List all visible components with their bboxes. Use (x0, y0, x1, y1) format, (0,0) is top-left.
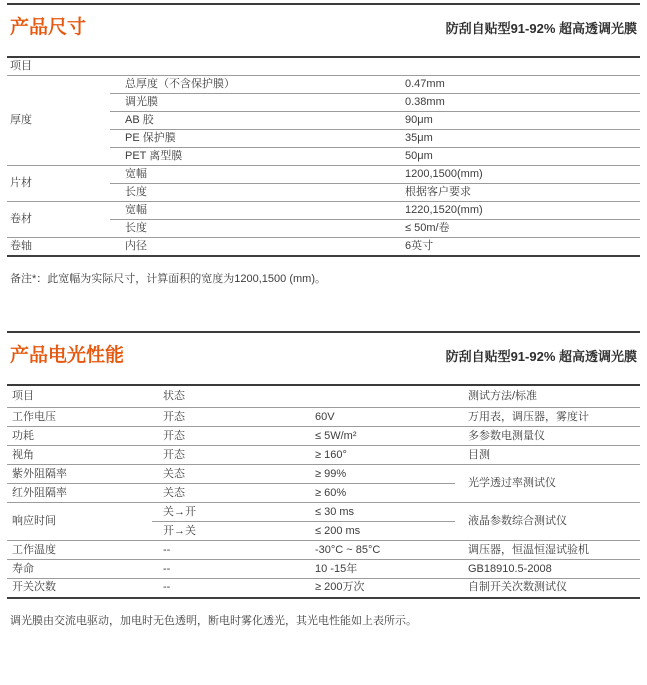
value-cell: ≤ 5W/m² (305, 427, 455, 446)
spec-value-cell: 50μm (395, 148, 640, 166)
category-cell: 卷材 (7, 202, 110, 238)
method-cell: 调压器，恒温恒湿试验机 (455, 541, 640, 560)
table-row: 厚度总厚度（不含保护膜）0.47mm (7, 76, 640, 94)
method-cell: 目测 (455, 446, 640, 465)
section-top-rule (7, 331, 640, 333)
method-cell: 液晶参数综合测试仪 (455, 503, 640, 541)
spec-name-cell: 内径 (110, 238, 395, 256)
state-cell: 开→关 (152, 522, 305, 541)
value-cell: ≥ 99% (305, 465, 455, 484)
table-row: 寿命--10 -15年GB18910.5-2008 (7, 560, 640, 579)
table-row: 开关次数--≥ 200万次自制开关次数测试仪 (7, 579, 640, 598)
table-row: 卷材宽幅1220,1520(mm) (7, 202, 640, 220)
item-cell: 红外阻隔率 (7, 484, 152, 503)
item-cell: 开关次数 (7, 579, 152, 598)
spec-value-cell: 0.47mm (395, 76, 640, 94)
product-dimensions-section: 产品尺寸 防刮自贴型91-92% 超高透调光膜 项目 厚度总厚度（不含保护膜）0… (7, 3, 640, 286)
header-value-column (305, 386, 455, 408)
value-cell: ≥ 60% (305, 484, 455, 503)
table-row: 工作温度---30°C ~ 85°C调压器，恒温恒湿试验机 (7, 541, 640, 560)
state-cell: -- (152, 541, 305, 560)
state-cell: 关→开 (152, 503, 305, 522)
state-cell: 开态 (152, 446, 305, 465)
table-row: 功耗开态≤ 5W/m²多参数电测量仪 (7, 427, 640, 446)
item-cell: 工作温度 (7, 541, 152, 560)
performance-table-body: 工作电压开态60V万用表，调压器，雾度计功耗开态≤ 5W/m²多参数电测量仪视角… (7, 408, 640, 598)
spec-sheet-page: 产品尺寸 防刮自贴型91-92% 超高透调光膜 项目 厚度总厚度（不含保护膜）0… (0, 0, 647, 628)
state-cell: 关态 (152, 465, 305, 484)
section-header: 产品尺寸 防刮自贴型91-92% 超高透调光膜 (10, 17, 637, 40)
table-header-row: 项目 (7, 58, 640, 76)
section-title: 产品尺寸 (10, 17, 86, 40)
method-cell: GB18910.5-2008 (455, 560, 640, 579)
method-cell: 自制开关次数测试仪 (455, 579, 640, 598)
spec-name-cell: 宽幅 (110, 202, 395, 220)
item-cell: 功耗 (7, 427, 152, 446)
header-method-column: 测试方法/标准 (455, 386, 640, 408)
table-row: 卷轴内径6英寸 (7, 238, 640, 256)
item-cell: 视角 (7, 446, 152, 465)
value-cell: ≥ 160° (305, 446, 455, 465)
method-cell: 光学透过率测试仪 (455, 465, 640, 503)
spec-name-cell: 宽幅 (110, 166, 395, 184)
spec-value-cell: 0.38mm (395, 94, 640, 112)
header-item-column: 项目 (7, 58, 640, 76)
spec-value-cell: 1220,1520(mm) (395, 202, 640, 220)
category-cell: 片材 (7, 166, 110, 202)
category-cell: 厚度 (7, 76, 110, 166)
spec-name-cell: 长度 (110, 220, 395, 238)
method-cell: 多参数电测量仪 (455, 427, 640, 446)
section-top-rule (7, 3, 640, 5)
performance-note: 调光膜由交流电驱动，加电时无色透明，断电时雾化透光，其光电性能如上表所示。 (10, 612, 637, 628)
header-item-column: 项目 (7, 386, 152, 408)
state-cell: 关态 (152, 484, 305, 503)
item-cell: 紫外阻隔率 (7, 465, 152, 484)
header-state-column: 状态 (152, 386, 305, 408)
spec-value-cell: 6英寸 (395, 238, 640, 256)
electro-optical-section: 产品电光性能 防刮自贴型91-92% 超高透调光膜 项目 状态 测试方法/标准 … (7, 331, 640, 628)
dimensions-note: 备注*：此宽幅为实际尺寸，计算面积的宽度为1200,1500 (mm)。 (10, 270, 637, 286)
value-cell: 10 -15年 (305, 560, 455, 579)
spec-name-cell: AB 胶 (110, 112, 395, 130)
spec-name-cell: 长度 (110, 184, 395, 202)
item-cell: 寿命 (7, 560, 152, 579)
method-cell: 万用表，调压器，雾度计 (455, 408, 640, 427)
table-header-row: 项目 状态 测试方法/标准 (7, 386, 640, 408)
value-cell: -30°C ~ 85°C (305, 541, 455, 560)
value-cell: ≤ 200 ms (305, 522, 455, 541)
spec-value-cell: ≤ 50m/卷 (395, 220, 640, 238)
state-cell: 开态 (152, 427, 305, 446)
category-cell: 卷轴 (7, 238, 110, 256)
product-model-label: 防刮自贴型91-92% 超高透调光膜 (446, 18, 637, 37)
table-row: 工作电压开态60V万用表，调压器，雾度计 (7, 408, 640, 427)
state-cell: -- (152, 560, 305, 579)
table-row: 紫外阻隔率关态≥ 99%光学透过率测试仪 (7, 465, 640, 484)
item-cell: 响应时间 (7, 503, 152, 541)
spec-name-cell: PE 保护膜 (110, 130, 395, 148)
state-cell: 开态 (152, 408, 305, 427)
table-row: 响应时间关→开≤ 30 ms液晶参数综合测试仪 (7, 503, 640, 522)
spec-name-cell: 总厚度（不含保护膜） (110, 76, 395, 94)
table-row: 片材宽幅1200,1500(mm) (7, 166, 640, 184)
spec-value-cell: 根据客户要求 (395, 184, 640, 202)
section-title: 产品电光性能 (10, 345, 124, 368)
table-row: 视角开态≥ 160°目测 (7, 446, 640, 465)
state-cell: -- (152, 579, 305, 598)
spec-value-cell: 35μm (395, 130, 640, 148)
item-cell: 工作电压 (7, 408, 152, 427)
value-cell: ≥ 200万次 (305, 579, 455, 598)
spec-value-cell: 1200,1500(mm) (395, 166, 640, 184)
product-model-label: 防刮自贴型91-92% 超高透调光膜 (446, 346, 637, 365)
dimensions-table-body: 厚度总厚度（不含保护膜）0.47mm调光膜0.38mmAB 胶90μmPE 保护… (7, 76, 640, 256)
spec-name-cell: PET 离型膜 (110, 148, 395, 166)
dimensions-table: 项目 厚度总厚度（不含保护膜）0.47mm调光膜0.38mmAB 胶90μmPE… (7, 58, 640, 257)
value-cell: ≤ 30 ms (305, 503, 455, 522)
spec-value-cell: 90μm (395, 112, 640, 130)
performance-table: 项目 状态 测试方法/标准 工作电压开态60V万用表，调压器，雾度计功耗开态≤ … (7, 386, 640, 599)
spec-name-cell: 调光膜 (110, 94, 395, 112)
value-cell: 60V (305, 408, 455, 427)
section-header: 产品电光性能 防刮自贴型91-92% 超高透调光膜 (10, 345, 637, 368)
